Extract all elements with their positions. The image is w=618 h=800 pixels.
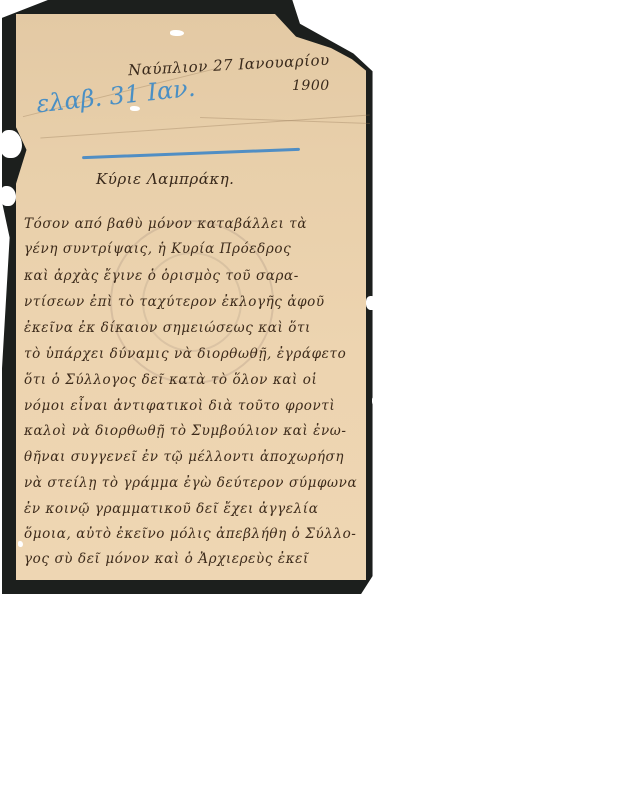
torn-hole (366, 296, 378, 310)
torn-hole (0, 130, 22, 158)
body-line: νὰ στείλῃ τὸ γράμμα ἐγὼ δεύτερον σύμφωνα (24, 475, 357, 491)
torn-hole (0, 186, 16, 206)
body-line: γος σὺ δεῖ μόνον καὶ ὁ Ἀρχιερεὺς ἐκεῖ (24, 551, 309, 567)
body-line: ὅμοια, αὐτὸ ἐκεῖνο μόλις ἀπεβλήθη ὁ Σύλλ… (24, 526, 356, 542)
torn-hole (18, 541, 23, 547)
letter-scan: Ναύπλιον 27 Ιανουαρίου 1900 ελαβ. 31 Ιαν… (0, 0, 388, 596)
body-line: καὶ ἀρχὰς ἔγινε ὁ ὁρισμὸς τοῦ σαρα- (24, 268, 299, 284)
body-line: Τόσον από βαθὺ μόνον καταβάλλει τὰ (24, 216, 307, 232)
year: 1900 (292, 78, 330, 94)
salutation: Κύριε Λαμπράκη. (96, 170, 234, 188)
torn-hole (170, 30, 184, 36)
body-line: ἐν κοινῷ γραμματικοῦ δεῖ ἔχει ἀγγελία (24, 501, 318, 517)
body-line: ντίσεων ἐπὶ τὸ ταχύτερον ἐκλογῆς ἀφοῦ (24, 294, 325, 310)
body-line: τὸ ὑπάρχει δύναμις νὰ διορθωθῇ, ἐγράφετο (24, 346, 346, 362)
body-line: γένη συντρίψαις, ἡ Κυρία Πρόεδρος (24, 241, 291, 257)
body-line: καλοὶ νὰ διορθωθῇ τὸ Συμβούλιον καὶ ἐνω- (24, 423, 347, 439)
body-line: νόμοι εἶναι ἀντιφατικοὶ διὰ τοῦτο φροντὶ (24, 398, 335, 414)
body-line: ὅτι ὁ Σύλλογος δεῖ κατὰ τὸ ὅλον καὶ οἱ (24, 372, 317, 388)
body-line: θῆναι συγγενεῖ ἐν τῷ μέλλοντι ἀποχωρήση (24, 449, 344, 465)
torn-hole (372, 396, 380, 406)
body-line: ἐκεῖνα ἐκ δίκαιον σημειώσεως καὶ ὅτι (24, 320, 311, 336)
